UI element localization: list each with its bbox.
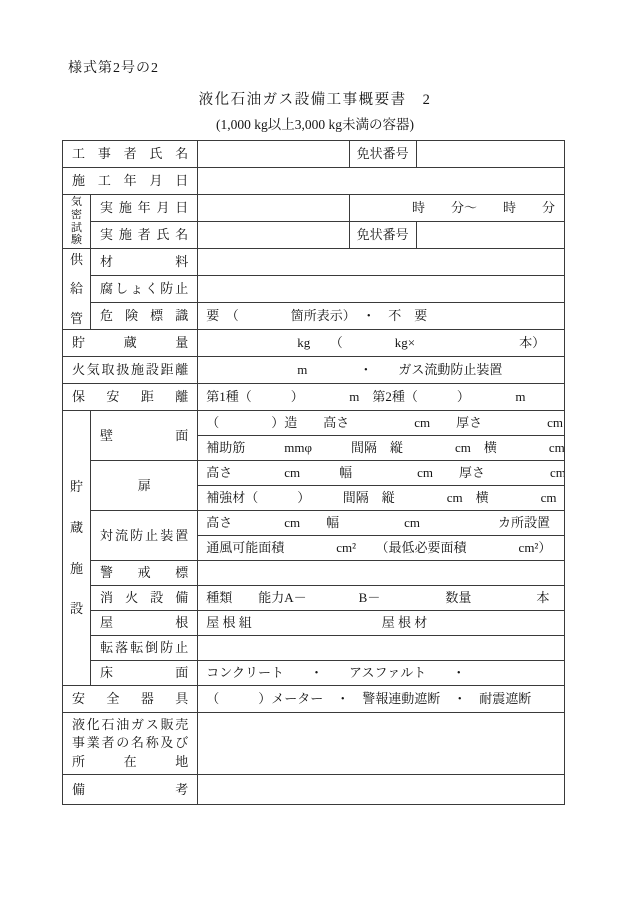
contractor-name-label: 工事者氏名 — [63, 141, 198, 168]
form-sheet: 様式第2号の2 液化石油ガス設備工事概要書 2 (1,000 kg以上3,000… — [0, 0, 630, 805]
airtight-license-label: 免状番号 — [349, 222, 416, 249]
airtight-date-field — [198, 195, 349, 222]
table-row: 腐しょく防止 — [63, 276, 565, 303]
table-row: 液化石油ガス販売 事業者の名称及び 所在地 — [63, 713, 565, 775]
table-row: 備考 — [63, 775, 565, 805]
airtight-test-vertical-text: 気密試験 — [63, 196, 90, 247]
airtight-time-text: 時 分～ 時 分 — [349, 195, 564, 222]
construction-date-label: 施工年月日 — [63, 168, 198, 195]
storage-facility-vertical-text: 貯蔵施設 — [63, 479, 90, 616]
warning-sign-label: 警戒標 — [91, 561, 198, 586]
convection-spec-row2: 通風可能面積 cm² （最低必要面積 cm²） — [198, 536, 565, 561]
table-row: 工事者氏名 免状番号 — [63, 141, 565, 168]
convection-spec-row1: 高さ cm 幅 cm カ所設置 — [198, 511, 565, 536]
fall-prevention-field — [198, 636, 565, 661]
supply-pipe-group-label: 供給管 — [63, 249, 91, 330]
fire-distance-label: 火気取扱施設距離 — [63, 357, 198, 384]
safety-distance-value: 第1種（ ） m 第2種（ ） m — [198, 384, 565, 411]
airtight-tester-label: 実施者氏名 — [91, 222, 198, 249]
table-row: 貯蔵施設 壁面 （ ）造 高さ cm 厚さ cm — [63, 411, 565, 436]
fall-prevention-label: 転落転倒防止 — [91, 636, 198, 661]
wall-spec-row2: 補助筋 mmφ 間隔 縦 cm 横 cm — [198, 436, 565, 461]
lpg-dealer-label: 液化石油ガス販売 事業者の名称及び 所在地 — [63, 713, 198, 775]
document-subtitle: (1,000 kg以上3,000 kg未満の容器) — [0, 113, 630, 133]
material-field — [198, 249, 565, 276]
storage-facility-group-label: 貯蔵施設 — [63, 411, 91, 686]
table-row: 危険標識 要 （ 箇所表示） ・ 不 要 — [63, 303, 565, 330]
table-row: 扉 高さ cm 幅 cm 厚さ cm — [63, 461, 565, 486]
corrosion-field — [198, 276, 565, 303]
table-row: 火気取扱施設距離 m ・ ガス流動防止装置 — [63, 357, 565, 384]
table-row: 保安距離 第1種（ ） m 第2種（ ） m — [63, 384, 565, 411]
table-row: 警戒標 — [63, 561, 565, 586]
wall-spec-row1: （ ）造 高さ cm 厚さ cm — [198, 411, 565, 436]
material-label: 材料 — [91, 249, 198, 276]
door-spec-row1: 高さ cm 幅 cm 厚さ cm — [198, 461, 565, 486]
hazard-sign-label: 危険標識 — [91, 303, 198, 330]
remarks-label: 備考 — [63, 775, 198, 805]
safety-distance-label: 保安距離 — [63, 384, 198, 411]
fire-extinguisher-value: 種類 能力A－ B－ 数量 本 — [198, 586, 565, 611]
door-label: 扉 — [91, 461, 198, 511]
construction-date-field — [198, 168, 565, 195]
floor-value: コンクリート ・ アスファルト ・ — [198, 661, 565, 686]
hazard-sign-options: 要 （ 箇所表示） ・ 不 要 — [198, 303, 565, 330]
table-row: 屋根 屋 根 組 屋 根 材 — [63, 611, 565, 636]
floor-label: 床面 — [91, 661, 198, 686]
airtight-license-field — [416, 222, 564, 249]
wall-label: 壁面 — [91, 411, 198, 461]
airtight-date-label: 実施年月日 — [91, 195, 198, 222]
table-row: 実施者氏名 免状番号 — [63, 222, 565, 249]
warning-sign-field — [198, 561, 565, 586]
document-title: 液化石油ガス設備工事概要書 2 — [0, 88, 630, 109]
storage-amount-label: 貯蔵量 — [63, 330, 198, 357]
construction-summary-table: 工事者氏名 免状番号 施工年月日 気密試験 実施年月日 時 分～ 時 分 実施者… — [62, 140, 565, 805]
supply-pipe-vertical-text: 供給管 — [63, 252, 90, 327]
form-number: 様式第2号の2 — [68, 57, 630, 77]
fire-distance-value: m ・ ガス流動防止装置 — [198, 357, 565, 384]
table-row: 安全器具 （ ）メーター ・ 警報連動遮断 ・ 耐震遮断 — [63, 686, 565, 713]
convection-prevention-label: 対流防止装置 — [91, 511, 198, 561]
door-spec-row2: 補強材（ ） 間隔 縦 cm 横 cm — [198, 486, 565, 511]
airtight-test-group-label: 気密試験 — [63, 195, 91, 249]
table-row: 貯蔵量 kg （ kg× 本） — [63, 330, 565, 357]
storage-amount-value: kg （ kg× 本） — [198, 330, 565, 357]
fire-extinguisher-label: 消火設備 — [91, 586, 198, 611]
roof-label: 屋根 — [91, 611, 198, 636]
roof-value: 屋 根 組 屋 根 材 — [198, 611, 565, 636]
contractor-license-label: 免状番号 — [349, 141, 416, 168]
contractor-license-field — [416, 141, 564, 168]
contractor-name-field — [198, 141, 349, 168]
table-row: 気密試験 実施年月日 時 分～ 時 分 — [63, 195, 565, 222]
corrosion-label: 腐しょく防止 — [91, 276, 198, 303]
remarks-field — [198, 775, 565, 805]
table-row: 消火設備 種類 能力A－ B－ 数量 本 — [63, 586, 565, 611]
table-row: 供給管 材料 — [63, 249, 565, 276]
table-row: 転落転倒防止 — [63, 636, 565, 661]
table-row: 床面 コンクリート ・ アスファルト ・ — [63, 661, 565, 686]
safety-device-label: 安全器具 — [63, 686, 198, 713]
safety-device-value: （ ）メーター ・ 警報連動遮断 ・ 耐震遮断 — [198, 686, 565, 713]
lpg-dealer-field — [198, 713, 565, 775]
table-row: 対流防止装置 高さ cm 幅 cm カ所設置 — [63, 511, 565, 536]
airtight-tester-field — [198, 222, 349, 249]
table-row: 施工年月日 — [63, 168, 565, 195]
